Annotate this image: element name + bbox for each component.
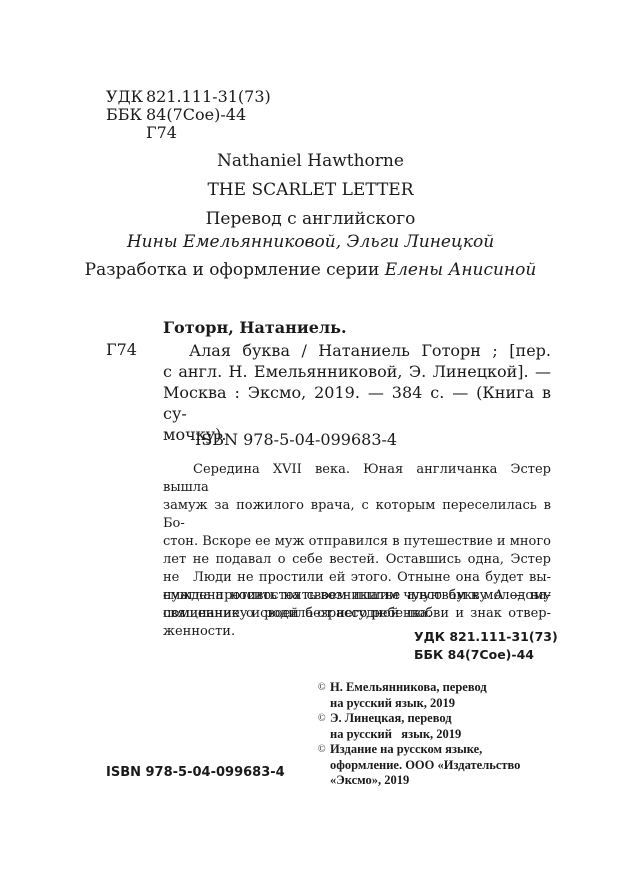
copyright-line: «Эксмо», 2019: [330, 773, 520, 789]
udk-bottom: УДК 821.111-31(73): [414, 628, 558, 646]
catalog-author-mark: Г74: [106, 340, 137, 359]
annotation-line: Люди не простили ей этого. Отныне она бу…: [163, 569, 551, 587]
copyright-line: Издание на русском языке,: [330, 742, 520, 758]
copyright-icon: ©: [318, 742, 330, 789]
annotation-line: Середина XVII века. Юная англичанка Эсте…: [163, 461, 551, 497]
classification-bottom: УДК 821.111-31(73) ББК 84(7Сое)-44: [414, 628, 558, 664]
copyright-block: © Н. Емельянникова, перевод на русский я…: [318, 680, 520, 789]
catalog-isbn: ISBN 978-5-04-099683-4: [195, 430, 397, 449]
copyright-item: © Н. Емельянникова, перевод на русский я…: [318, 680, 520, 711]
series-design-line: Разработка и оформление серии Елены Анис…: [0, 260, 621, 280]
catalog-line: с англ. Н. Емельянниковой, Э. Линецкой].…: [163, 361, 551, 382]
bbk-bottom: ББК 84(7Сое)-44: [414, 646, 558, 664]
copyright-line: оформление. ООО «Издательство: [330, 758, 520, 774]
copyright-line: Э. Линецкая, перевод: [330, 711, 461, 727]
copyright-icon: ©: [318, 711, 330, 742]
catalog-heading: Готорн, Натаниель.: [163, 318, 347, 337]
copyright-line: на русский язык, 2019: [330, 696, 487, 712]
title-original: THE SCARLET LETTER: [0, 180, 621, 200]
bbk-label: ББК: [106, 106, 146, 124]
udk-label: УДК: [106, 88, 146, 106]
copyright-line: на русский язык, 2019: [330, 727, 461, 743]
copyright-item: © Издание на русском языке, оформление. …: [318, 742, 520, 789]
isbn-bottom: ISBN 978-5-04-099683-4: [106, 765, 285, 780]
catalog-line: Алая буква / Натаниель Готорн ; [пер.: [163, 340, 551, 361]
copyright-item: © Э. Линецкая, перевод на русский язык, …: [318, 711, 520, 742]
copyright-icon: ©: [318, 680, 330, 711]
series-designer: Елены Анисиной: [385, 260, 537, 280]
copyright-line: Н. Емельянникова, перевод: [330, 680, 487, 696]
catalog-line: Москва : Эксмо, 2019. — 384 с. — (Книга …: [163, 382, 551, 424]
author-original: Nathaniel Hawthorne: [0, 151, 621, 171]
annotation-line: замуж за пожилого врача, с которым перес…: [163, 497, 551, 533]
translation-line: Перевод с английского: [0, 209, 621, 229]
annotation-line: стон. Вскоре ее муж отправился в путешес…: [163, 533, 551, 551]
classification-top: УДК821.111-31(73) ББК84(7Сое)-44 Г74: [106, 88, 271, 142]
udk-value: 821.111-31(73): [146, 88, 271, 106]
annotation-line: поминание о своей безрассудной любви и з…: [163, 605, 551, 623]
author-mark-top: Г74: [146, 124, 177, 142]
bbk-value: 84(7Сое)-44: [146, 106, 246, 124]
translators: Нины Емельянниковой, Эльги Линецкой: [0, 232, 621, 252]
annotation-line: нуждена носить на своем платье алую букв…: [163, 587, 551, 605]
series-design-prefix: Разработка и оформление серии: [85, 260, 380, 280]
